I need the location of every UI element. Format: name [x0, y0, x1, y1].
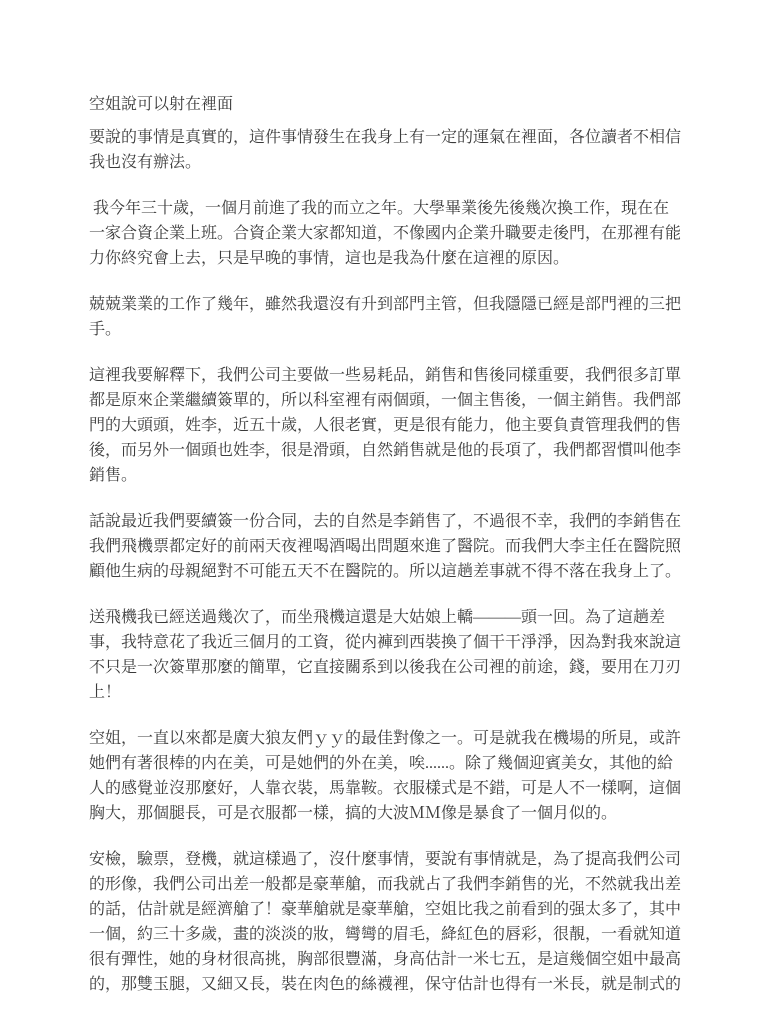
- paragraph: 送飛機我已經送過幾次了，而坐飛機這還是大姑娘上轎———頭一回。為了這趟差事，我特…: [89, 605, 681, 705]
- paragraph: 這裡我要解釋下，我們公司主要做一些易耗品，銷售和售後同樣重要，我們很多訂單都是原…: [89, 363, 681, 488]
- paragraph: 兢兢業業的工作了幾年，雖然我還沒有升到部門主管，但我隱隱已經是部門裡的三把手。: [89, 292, 681, 342]
- document-content: 空姐說可以射在裡面 要說的事情是真實的，這件事情發生在我身上有一定的運氣在裡面，…: [0, 0, 768, 997]
- document-page: 空姐說可以射在裡面 要說的事情是真實的，這件事情發生在我身上有一定的運氣在裡面，…: [0, 0, 768, 1024]
- paragraph: 安檢，驗票，登機，就這樣過了，沒什麼事情，要說有事情就是，為了提高我們公司的形像…: [89, 847, 681, 997]
- paragraph: 空姐，一直以來都是廣大狼友們ｙｙ的最佳對像之一。可是就我在機場的所見，或許她們有…: [89, 726, 681, 826]
- paragraph: 要說的事情是真實的，這件事情發生在我身上有一定的運氣在裡面，各位讀者不相信我也沒…: [89, 125, 681, 175]
- paragraph: 我今年三十歲，一個月前進了我的而立之年。大學畢業後先後幾次換工作，現在在一家合資…: [89, 196, 681, 271]
- paragraph: 話說最近我們要續簽一份合同，去的自然是李銷售了，不過很不幸，我們的李銷售在我們飛…: [89, 509, 681, 584]
- document-title: 空姐說可以射在裡面: [89, 92, 681, 117]
